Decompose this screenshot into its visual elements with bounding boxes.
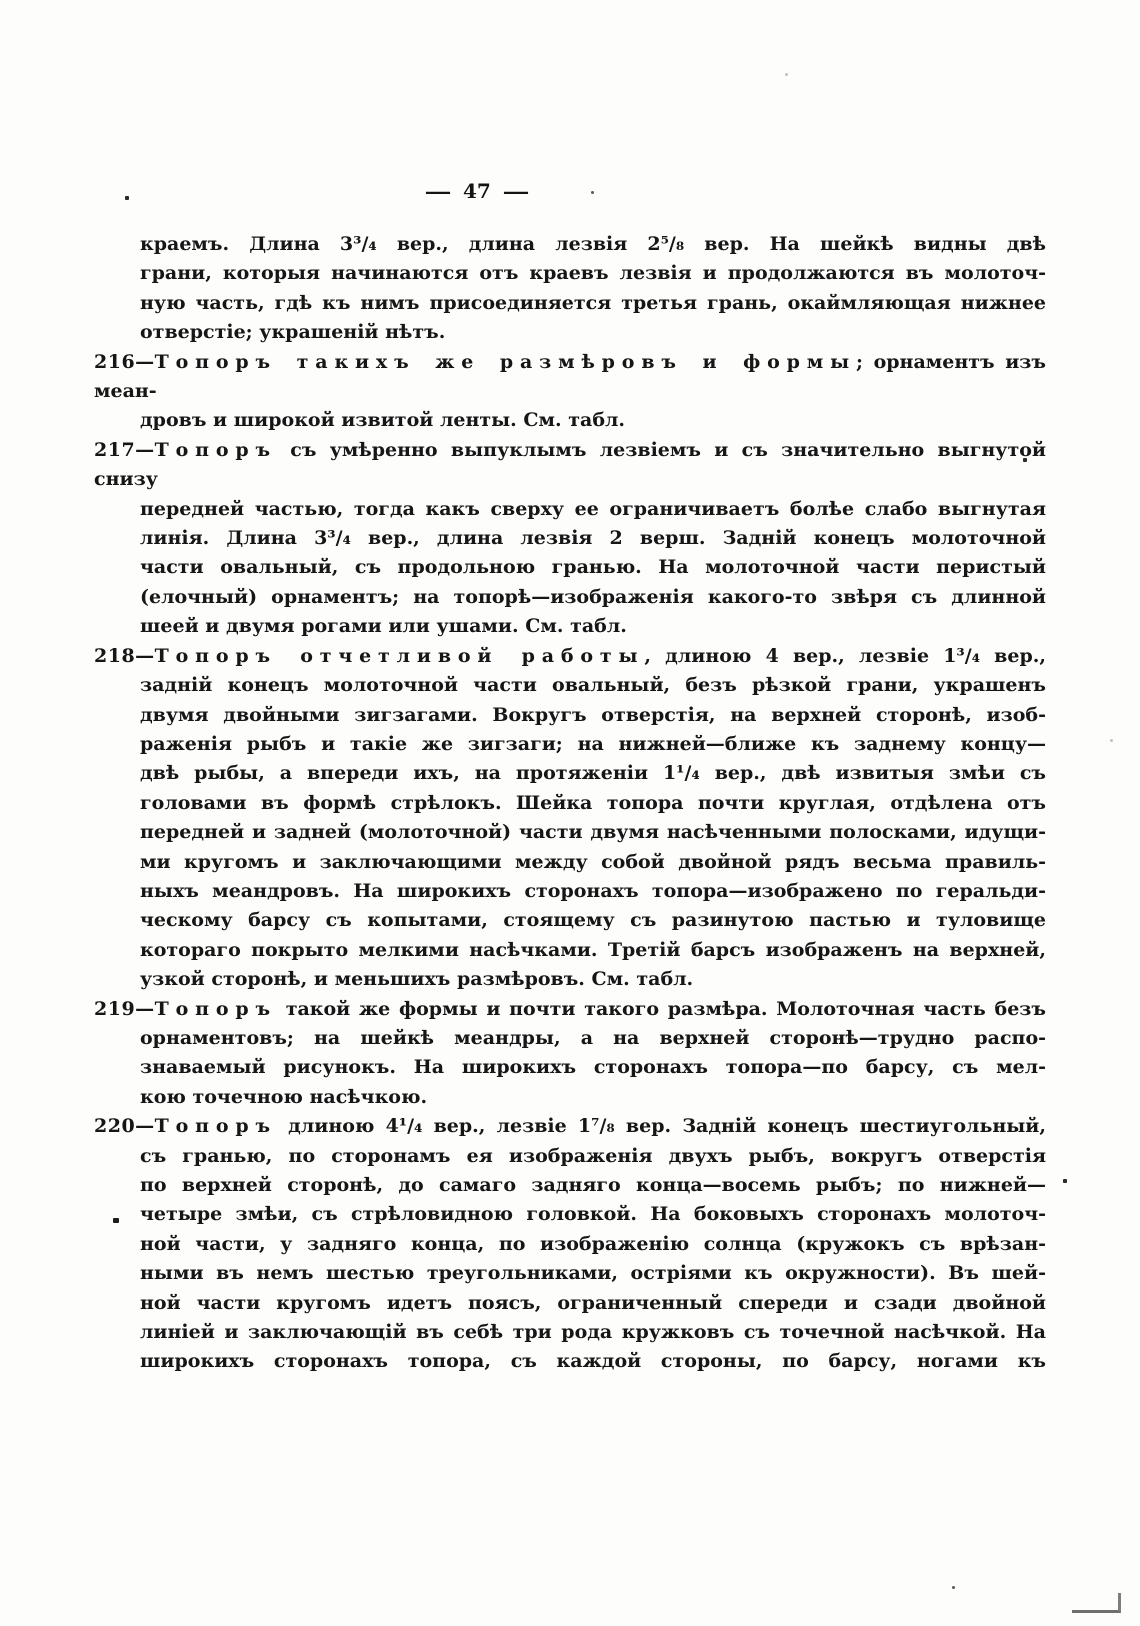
header-dash-right: — [502, 179, 529, 203]
ink-speck [1110, 739, 1113, 742]
entry-number: 216— [94, 351, 155, 373]
entry-first-text: , длиною 4 вер., лезвіе 1³/₄ вер., [644, 645, 1046, 667]
text-line: задній конецъ молоточной части овальный,… [94, 671, 1046, 700]
text-line: 217—Топоръ съ умѣренно выпуклымъ лезвіем… [94, 436, 1046, 495]
ink-dot [125, 196, 129, 200]
entry-first-text: длиною 4¹/₄ вер., лезвіе 1⁷/₈ вер. Задні… [277, 1115, 1046, 1137]
text-block: краемъ. Длина 3³/₄ вер., длина лезвія 2⁵… [94, 230, 1046, 1377]
text-line: по верхней сторонѣ, до самаго задняго ко… [94, 1171, 1046, 1200]
entry-keyword: Топоръ [155, 1115, 277, 1137]
ink-dot [591, 191, 594, 194]
text-line: линіей и заключающій въ себѣ три рода кр… [94, 1318, 1046, 1347]
text-line: части овальный, съ продольною гранью. На… [94, 553, 1046, 582]
page-corner-mark [1072, 1593, 1121, 1613]
text-line: краемъ. Длина 3³/₄ вер., длина лезвія 2⁵… [94, 230, 1046, 259]
text-line: раженія рыбъ и такіе же зигзаги; на нижн… [94, 730, 1046, 759]
entry-number: 219— [94, 998, 155, 1020]
text-line: широкихъ сторонахъ топора, съ каждой сто… [94, 1347, 1046, 1376]
text-line: (елочный) орнаментъ; на топорѣ—изображен… [94, 583, 1046, 612]
page-header: — 47 — [428, 179, 526, 203]
margin-bullet [113, 1218, 119, 1223]
text-line: ными въ немъ шестью треугольниками, остр… [94, 1259, 1046, 1288]
text-line: головами въ формѣ стрѣлокъ. Шейка топора… [94, 789, 1046, 818]
text-line: ми кругомъ и заключающими между собой дв… [94, 848, 1046, 877]
entry-keyword: Топоръ [155, 439, 277, 461]
text-line: отверстіе; украшеній нѣтъ. [94, 318, 1046, 347]
text-line: 219—Топоръ такой же формы и почти такого… [94, 995, 1046, 1024]
text-line: 216—Топоръ такихъ же размѣровъ и формы; … [94, 348, 1046, 407]
text-line: ческому барсу съ копытами, стоящему съ р… [94, 906, 1046, 935]
ink-speck [1063, 1179, 1067, 1183]
text-line: дровъ и широкой извитой ленты. См. табл. [94, 406, 1046, 435]
entry-keyword: Топоръ отчетливой работы [155, 645, 645, 667]
text-line: узкой сторонѣ, и меньшихъ размѣровъ. См.… [94, 965, 1046, 994]
scanned-document-page: — 47 — краемъ. Длина 3³/₄ вер., длина ле… [0, 0, 1140, 1626]
text-line: ной части кругомъ идетъ поясъ, ограничен… [94, 1289, 1046, 1318]
entry-keyword: Топоръ такихъ же размѣровъ и формы [155, 351, 856, 373]
text-line: 220—Топоръ длиною 4¹/₄ вер., лезвіе 1⁷/₈… [94, 1112, 1046, 1141]
text-line: четыре змѣи, съ стрѣловидною головкой. Н… [94, 1200, 1046, 1229]
ink-dot [785, 73, 788, 76]
text-line: шеей и двумя рогами или ушами. См. табл. [94, 612, 1046, 641]
text-line: передней и задней (молоточной) части дву… [94, 818, 1046, 847]
page-number: 47 [463, 179, 491, 203]
text-line: 218—Топоръ отчетливой работы, длиною 4 в… [94, 642, 1046, 671]
text-line: ную часть, гдѣ къ нимъ присоединяется тр… [94, 289, 1046, 318]
entry-number: 218— [94, 645, 155, 667]
ink-speck [1023, 458, 1027, 462]
text-line: съ гранью, по сторонамъ ея изображенія д… [94, 1142, 1046, 1171]
text-line: ныхъ меандровъ. На широкихъ сторонахъ то… [94, 877, 1046, 906]
text-line: ной части, у задняго конца, по изображен… [94, 1230, 1046, 1259]
text-line: передней частью, тогда какъ сверху ее ог… [94, 495, 1046, 524]
text-line: двумя двойными зигзагами. Вокругъ отверс… [94, 701, 1046, 730]
entry-keyword: Топоръ [155, 998, 277, 1020]
text-line: котораго покрыто мелкими насѣчками. Трет… [94, 936, 1046, 965]
header-dash-left: — [425, 179, 452, 203]
entry-number: 217— [94, 439, 155, 461]
text-line: линія. Длина 3³/₄ вер., длина лезвія 2 в… [94, 524, 1046, 553]
text-line: кою точечною насѣчкою. [94, 1083, 1046, 1112]
ink-dot [952, 1586, 955, 1589]
text-line: знаваемый рисунокъ. На широкихъ сторонах… [94, 1053, 1046, 1082]
text-line: грани, которыя начинаются отъ краевъ лез… [94, 259, 1046, 288]
text-line: орнаментовъ; на шейкѣ меандры, а на верх… [94, 1024, 1046, 1053]
entry-first-text: такой же формы и почти такого размѣра. М… [277, 998, 1046, 1020]
entry-number: 220— [94, 1115, 155, 1137]
text-line: двѣ рыбы, а впереди ихъ, на протяженіи 1… [94, 759, 1046, 788]
